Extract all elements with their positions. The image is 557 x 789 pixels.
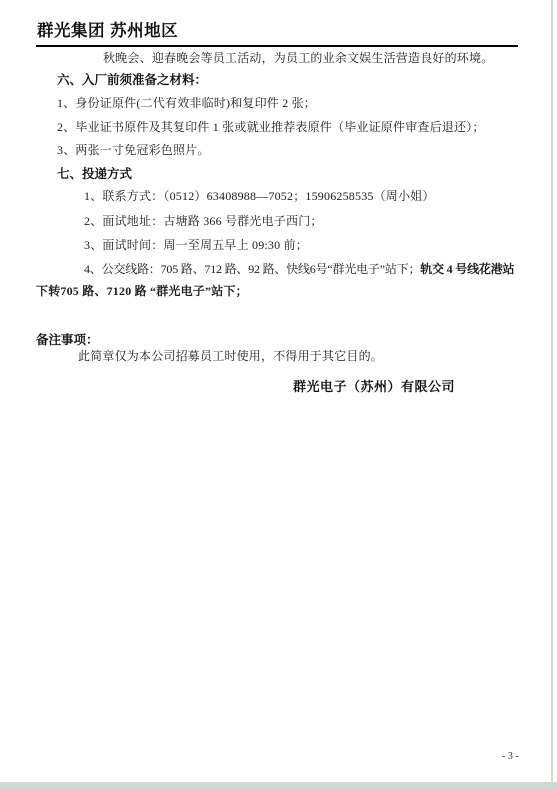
document-page: 群光集团 苏州地区 秋晚会、迎春晚会等员工活动，为员工的业余文娱生活营造良好的环… xyxy=(0,0,557,789)
section-six-heading: 六、入厂前须准备之材料： xyxy=(57,70,207,88)
material-item-3: 3、两张一寸免冠彩色照片。 xyxy=(57,141,210,158)
contact-item-address: 2、面试地址：古塘路 366 号群光电子西门； xyxy=(84,212,323,229)
company-signature: 群光电子（苏州）有限公司 xyxy=(293,376,455,395)
title-underline xyxy=(36,45,518,47)
contact-item-time: 3、面试时间：周一至周五早上 09:30 前； xyxy=(84,236,308,253)
bus-route-line-1: 4、公交线路：705 路、712 路、92 路、快线6号“群光电子”站下；轨交 … xyxy=(84,260,514,277)
page-right-edge xyxy=(551,0,553,789)
remarks-body: 此简章仅为本公司招募员工时使用，不得用于其它目的。 xyxy=(78,347,383,364)
material-item-1: 1、身份证原件(二代有效非临时)和复印件 2 张； xyxy=(57,94,316,111)
page-bottom-edge xyxy=(0,782,557,789)
bus-route-line-1-bold: 轨交 4 号线花港站 xyxy=(420,262,514,276)
material-item-2: 2、毕业证书原件及其复印件 1 张或就业推荐表原件（毕业证原件审查后退还）； xyxy=(57,118,485,135)
intro-paragraph: 秋晚会、迎春晚会等员工活动，为员工的业余文娱生活营造良好的环境。 xyxy=(103,49,493,66)
page-number: - 3 - xyxy=(502,751,519,762)
section-seven-heading: 七、投递方式 xyxy=(57,164,132,182)
contact-item-phone: 1、联系方式：（0512）63408988—7052；15906258535（周… xyxy=(84,187,435,204)
bus-route-line-1-normal: 4、公交线路：705 路、712 路、92 路、快线6号“群光电子”站下； xyxy=(84,262,420,276)
remarks-heading: 备注事项： xyxy=(36,330,99,348)
bus-route-line-2: 下转705 路、7120 路 “群光电子”站下； xyxy=(36,282,248,299)
document-title: 群光集团 苏州地区 xyxy=(37,17,178,41)
